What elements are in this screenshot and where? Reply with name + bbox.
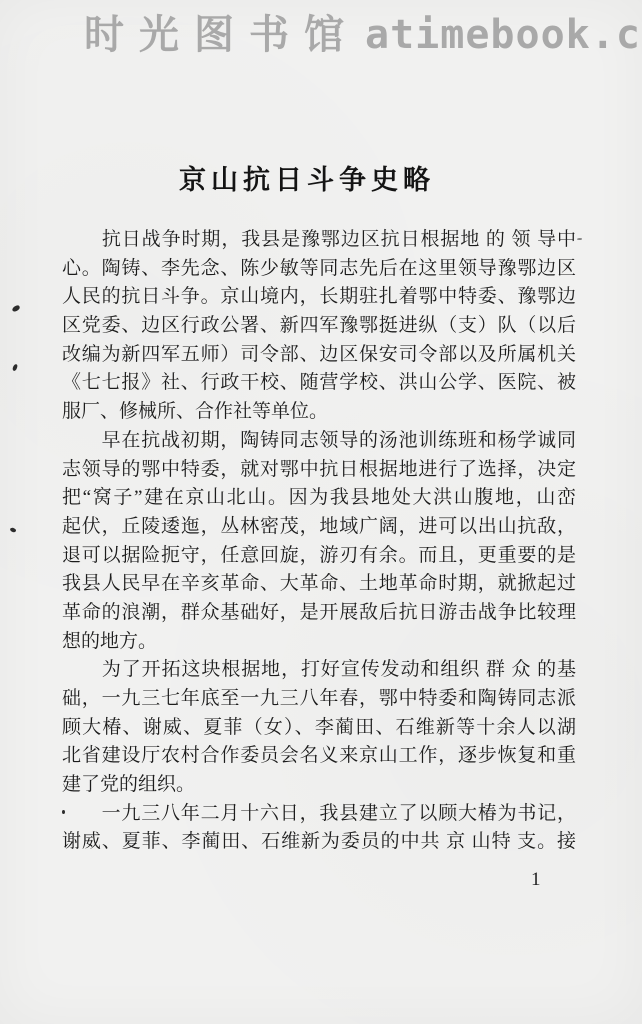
text-line: 志领导的鄂中特委，就对鄂中抗日根据地进行了选择，决定 [62,456,576,485]
text-line: 《七七报》社、行政干校、随营学校、洪山公学、医院、被 [62,369,576,398]
text-line: 心。陶铸、李先念、陈少敏等同志先后在这里领导豫鄂边区 [62,255,576,284]
text-line: 为了开拓这块根据地，打好宣传发动和组织 群 众 的基 [62,656,576,685]
scan-speck [12,364,18,372]
text-line: 想的地方。 [62,628,576,657]
text-line: 我县人民早在辛亥革命、大革命、土地革命时期，就掀起过 [62,570,576,599]
text-line: 早在抗战初期，陶铸同志领导的汤池训练班和杨学诚同 [62,427,576,456]
text-line: 人民的抗日斗争。京山境内，长期驻扎着鄂中特委、豫鄂边 [62,283,576,312]
text-line: 抗日战争时期，我县是豫鄂边区抗日根据地 的 领 导中 [62,226,576,255]
watermark-cjk-text: 时光图书馆 [84,12,359,58]
text-line: 区党委、边区行政公署、新四军豫鄂挺进纵（支）队（以后 [62,312,576,341]
scan-speck [577,238,582,240]
text-line: 把“窝子”建在京山北山。因为我县地处大洪山腹地，山峦 [62,484,576,513]
scan-speck [9,527,16,534]
text-line: 革命的浪潮，群众基础好，是开展敌后抗日游击战争比较理 [62,599,576,628]
text-line: 谢威、夏菲、李蔺田、石维新为委员的中共 京 山特 支。接 [62,828,576,857]
text-line: 北省建设厅农村合作委员会名义来京山工作，逐步恢复和重 [62,742,576,771]
text-line: 础，一九三七年底至一九三八年春，鄂中特委和陶铸同志派 [62,685,576,714]
watermark: 时光图书馆 atimebook.c [84,6,642,68]
watermark-latin-text: atimebook.c [365,12,641,58]
text-line: 一九三八年二月十六日，我县建立了以顾大椿为书记， [62,800,576,829]
text-line: 改编为新四军五师）司令部、边区保安司令部以及所属机关 [62,341,576,370]
text-line: 起伏，丘陵逶迤，丛林密茂，地域广阔，进可以出山抗敌， [62,513,576,542]
scan-speck [11,305,20,313]
text-line: 建了党的组织。 [62,771,576,800]
scan-speck [62,810,65,814]
text-line: 顾大椿、谢威、夏菲（女）、李蔺田、石维新等十余人以湖 [62,714,576,743]
scanned-book-page: 时光图书馆 atimebook.c 京山抗日斗争史略 抗日战争时期，我县是豫鄂边… [0,0,642,1024]
text-line: 服厂、修械所、合作社等单位。 [62,398,576,427]
page-title: 京山抗日斗争史略 [0,158,628,197]
page-number: 1 [531,869,541,891]
body-text: 抗日战争时期，我县是豫鄂边区抗日根据地 的 领 导中心。陶铸、李先念、陈少敏等同… [62,226,576,857]
text-line: 退可以据险扼守，任意回旋，游刃有余。而且，更重要的是 [62,542,576,571]
